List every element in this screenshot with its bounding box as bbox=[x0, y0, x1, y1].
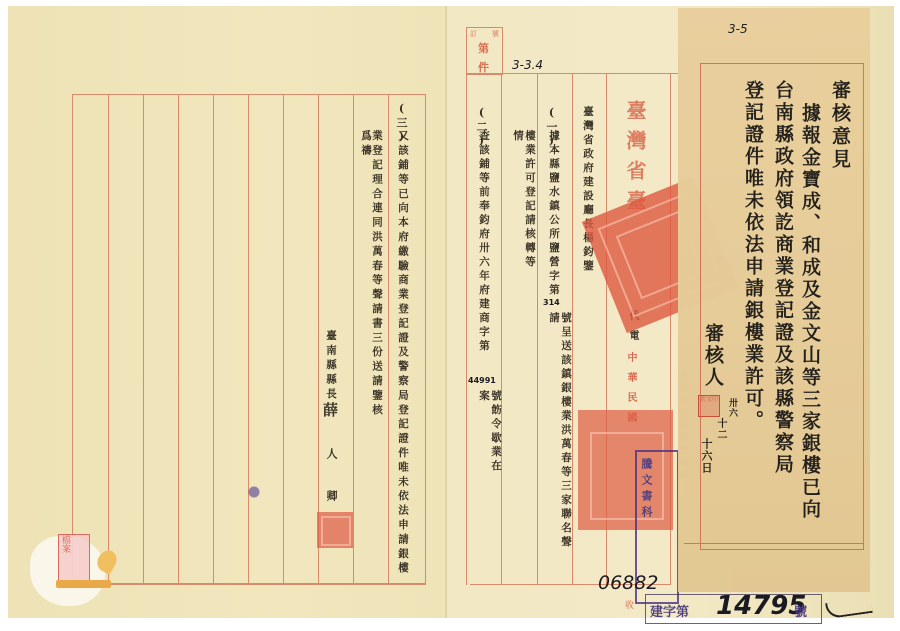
grid-line bbox=[425, 94, 426, 584]
slip-text-3: 登記證件唯未依法申請銀樓業許可。 bbox=[743, 80, 763, 460]
grid-line bbox=[537, 73, 538, 585]
grid-top bbox=[72, 94, 426, 95]
slip-footer-line bbox=[684, 543, 864, 544]
registration-stamp: 建字第 14795 號 bbox=[645, 594, 822, 624]
grid-line bbox=[178, 94, 179, 584]
reg-prefix: 建字第 bbox=[650, 601, 689, 620]
grid-line bbox=[388, 94, 389, 584]
grid-line bbox=[143, 94, 144, 584]
grid-bottom bbox=[72, 583, 426, 585]
addressee: 臺灣省政府建設廳長楊鈞鑒 bbox=[582, 106, 594, 286]
item1-text-cont: 號呈送該鎮銀樓業洪萬春等三家聯名聲請 bbox=[548, 312, 572, 562]
item2-number: 44991 bbox=[468, 376, 496, 385]
grid-line bbox=[353, 94, 354, 584]
review-slip: 3-5 審核意見 據報金寶成、和成及金文山等三家銀樓已向 台南縣政府領訖商業登記… bbox=[678, 8, 870, 592]
receipt-label: 收 bbox=[625, 598, 634, 611]
grid-line bbox=[283, 94, 284, 584]
signature-suffix-2: 卿 bbox=[325, 490, 337, 503]
file-box-label: 訂 bbox=[470, 29, 477, 39]
review-date-day: 十六日 bbox=[700, 438, 712, 474]
grid-line bbox=[466, 73, 467, 585]
grid-line bbox=[572, 73, 573, 585]
review-date-year: 卅六 bbox=[726, 398, 738, 418]
item2-text: 查該鋪等前奉鈞府卅六年府建商字第 bbox=[478, 130, 490, 370]
item1-text: 據本縣鹽水鎮公所鹽營字第 bbox=[548, 130, 560, 300]
slip-ref: 3-5 bbox=[728, 22, 748, 36]
item1-number: 314 bbox=[543, 298, 560, 307]
slip-text-2: 台南縣政府領訖商業登記證及該縣警察局 bbox=[773, 80, 793, 540]
slip-text-1: 據報金寶成、和成及金文山等三家銀樓已向 bbox=[800, 103, 820, 563]
file-box-label: 第 bbox=[478, 40, 489, 56]
item1-text-2: 樓業許可登記請核轉等情 bbox=[512, 130, 536, 280]
reg-number: 14795 bbox=[716, 591, 806, 621]
book-base-icon bbox=[56, 580, 111, 588]
left-text-column-1: 又該鋪等已向本府繳驗商業登記證及警察局登記證件唯未依法申請銀樓 bbox=[397, 130, 408, 580]
book-icon: 檔案 bbox=[58, 534, 90, 581]
signature-suffix-1: 人 bbox=[325, 448, 337, 461]
ink-stain bbox=[248, 480, 260, 540]
grid-line bbox=[72, 94, 73, 584]
county-head-seal bbox=[317, 512, 353, 548]
left-text-column-2: 業登記理合連同洪萬春等聲請書三份送請鑒核爲禱 bbox=[360, 130, 382, 430]
archive-logo: 檔案 bbox=[20, 530, 120, 615]
reg-suffix: 號 bbox=[794, 601, 807, 620]
receipt-stamp-text: 騰文書科 bbox=[640, 458, 652, 522]
review-date-month: 十二 bbox=[714, 418, 726, 440]
grid-line bbox=[213, 94, 214, 584]
receipt-number: 06882 bbox=[598, 572, 658, 594]
file-number-box: 訂 號 第 件 bbox=[466, 27, 503, 75]
handwritten-ref: 3-3.4 bbox=[512, 58, 543, 72]
page-fold bbox=[445, 6, 447, 618]
reviewer-seal: 新文印 bbox=[698, 395, 720, 417]
grid-line bbox=[501, 73, 502, 585]
reviewer-label: 審核人 bbox=[703, 323, 723, 389]
grid-line bbox=[108, 94, 109, 584]
signature-name: 薛 bbox=[324, 402, 336, 419]
slip-title: 審核意見 bbox=[830, 80, 850, 172]
item2-text-cont: 號飭令歇業在案 bbox=[478, 390, 502, 480]
grid-line bbox=[318, 94, 319, 584]
file-box-label: 號 bbox=[492, 29, 499, 39]
signature-title: 臺南縣縣長 bbox=[325, 330, 337, 403]
